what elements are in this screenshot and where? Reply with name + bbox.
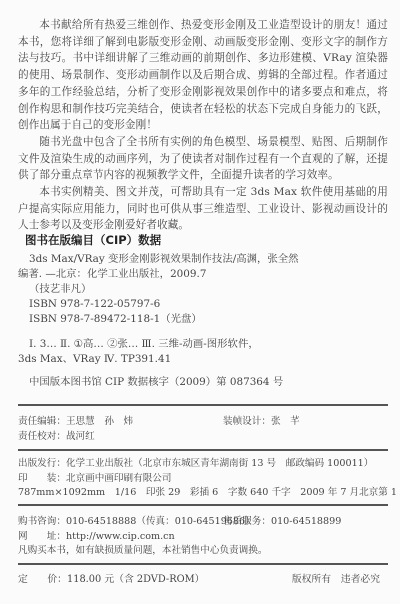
- cip-heading: 图书在版编目（CIP）数据: [25, 232, 161, 248]
- cip-classification-2: 3ds Max、VRay Ⅳ. TP391.41: [18, 352, 318, 367]
- cip-author-line: 编著. —北京：化学工业出版社，2009.7: [18, 267, 318, 282]
- intro-paragraph-3: 本书实例精美、图文并茂，可帮助具有一定 3ds Max 软件使用基础的用户提高实…: [18, 184, 388, 234]
- after-sales-service: 售后服务：010-64518899: [223, 515, 341, 530]
- copyright-notice: 版权所有 违者必究: [292, 571, 380, 585]
- divider-rule: [18, 504, 388, 506]
- price-label: 定 价：118.00 元（含 2DVD-ROM）: [18, 571, 204, 585]
- credits-block: 责任编辑：王思慧 孙 炜 装帧设计：张 芊 责任校对：战河红: [18, 415, 388, 444]
- cip-series-line: （技艺非凡）: [18, 282, 318, 297]
- proofreader: 责任校对：战河红: [18, 430, 388, 445]
- intro-paragraph-2: 随书光盘中包含了全书所有实例的角色模型、场景模型、贴图、后期制作文件及渲染生成的…: [18, 134, 388, 184]
- publication-block: 出版发行：化学工业出版社（北京市东城区青年湖南街 13 号 邮政编码 10001…: [18, 457, 388, 501]
- cip-record-number: 中国版本图书馆 CIP 数据核字（2009）第 087364 号: [18, 375, 318, 390]
- divider-rule: [18, 404, 388, 406]
- cip-classification-1: Ⅰ. 3… Ⅱ. ①高… ②张… Ⅲ. 三维-动画-图形软件，: [18, 337, 318, 352]
- specs-line: 787mm×1092mm 1/16 印张 29 彩插 6 字数 640 千字 2…: [18, 486, 388, 501]
- printer-line: 印 装：北京画中画印刷有限公司: [18, 472, 388, 487]
- intro-paragraph-1: 本书献给所有热爱三维创作、热爱变形金刚及工业造型设计的朋友！通过本书，您将详细了…: [18, 17, 388, 134]
- cip-title-line: 3ds Max/VRay 变形金刚影视效果制作技法/高渊，张全然: [18, 252, 318, 267]
- copyright-page: 本书献给所有热爱三维创作、热爱变形金刚及工业造型设计的朋友！通过本书，您将详细了…: [0, 0, 400, 604]
- website-line: 网 址：http://www.cip.com.cn: [18, 530, 388, 545]
- cip-isbn-disc: ISBN 978-7-89472-118-1（光盘）: [18, 312, 318, 327]
- responsible-editor: 责任编辑：王思慧 孙 炜: [18, 416, 133, 427]
- price-row: 定 价：118.00 元（含 2DVD-ROM） 版权所有 违者必究: [18, 571, 380, 585]
- cover-designer: 装帧设计：张 芊: [223, 415, 300, 430]
- publisher-line: 出版发行：化学工业出版社（北京市东城区青年湖南街 13 号 邮政编码 10001…: [18, 457, 388, 472]
- divider-rule: [18, 563, 388, 565]
- cip-isbn-book: ISBN 978-7-122-05797-6: [18, 297, 318, 312]
- purchase-inquiry: 购书咨询：010-64518888（传真：010-64519686）: [18, 516, 255, 527]
- return-notice: 凡购买本书，如有缺损质量问题，本社销售中心负责调换。: [18, 544, 388, 559]
- cip-data-block: 3ds Max/VRay 变形金刚影视效果制作技法/高渊，张全然 编著. —北京…: [18, 252, 318, 390]
- book-introduction: 本书献给所有热爱三维创作、热爱变形金刚及工业造型设计的朋友！通过本书，您将详细了…: [18, 17, 388, 234]
- contact-block: 购书咨询：010-64518888（传真：010-64519686） 售后服务：…: [18, 515, 388, 559]
- divider-rule: [18, 449, 388, 451]
